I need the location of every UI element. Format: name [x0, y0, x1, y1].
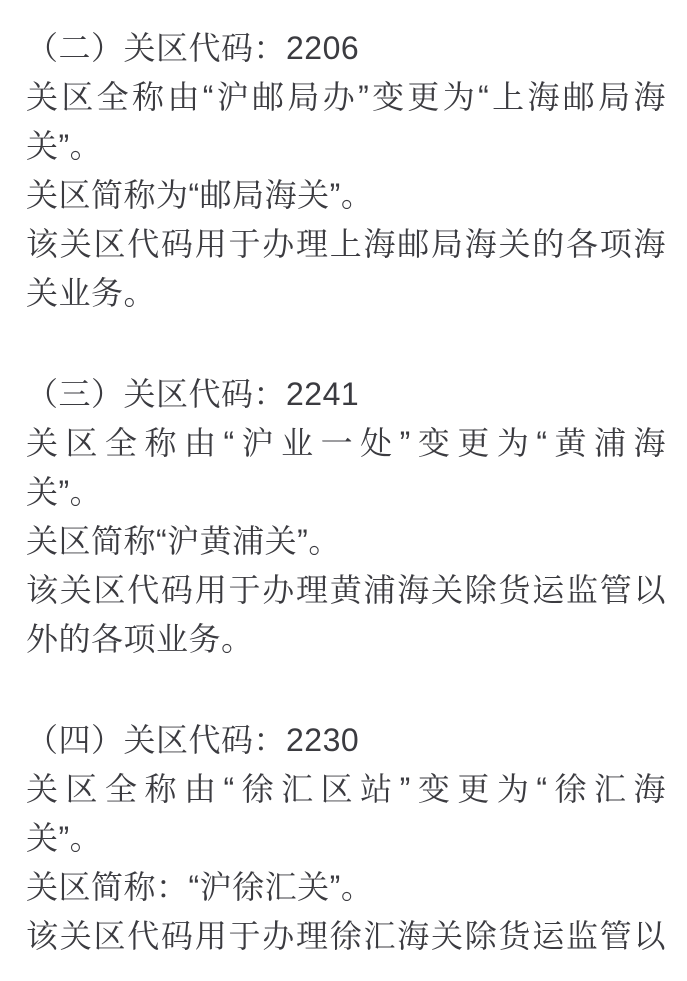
text-line: 外的各项业务。 [26, 615, 666, 664]
document-page: （二）关区代码：2206 关区全称由“沪邮局办”变更为“上海邮局海 关”。 关区… [0, 0, 687, 981]
text-line: 该关区代码用于办理徐汇海关除货运监管以 [26, 912, 666, 961]
section-heading: （四）关区代码：2230 [26, 716, 666, 765]
text-line: 关区简称：“沪徐汇关”。 [26, 863, 666, 912]
text-line: 该关区代码用于办理黄浦海关除货运监管以 [26, 566, 666, 615]
text-line: 关区全称由“沪邮局办”变更为“上海邮局海 [26, 73, 666, 122]
text-line: 关区简称为“邮局海关”。 [26, 171, 666, 220]
section-heading: （二）关区代码：2206 [26, 24, 666, 73]
section-code-2230: （四）关区代码：2230 关区全称由“徐汇区站”变更为“徐汇海 关”。 关区简称… [26, 716, 666, 961]
section-code-2241: （三）关区代码：2241 关区全称由“沪业一处”变更为“黄浦海 关”。 关区简称… [26, 370, 666, 664]
text-line: 关”。 [26, 814, 666, 863]
section-code-2206: （二）关区代码：2206 关区全称由“沪邮局办”变更为“上海邮局海 关”。 关区… [26, 24, 666, 318]
text-line: 关”。 [26, 122, 666, 171]
text-line: 关业务。 [26, 269, 666, 318]
text-line: 关”。 [26, 468, 666, 517]
text-line: 关区全称由“沪业一处”变更为“黄浦海 [26, 419, 666, 468]
section-heading: （三）关区代码：2241 [26, 370, 666, 419]
text-line: 该关区代码用于办理上海邮局海关的各项海 [26, 220, 666, 269]
text-line: 关区简称“沪黄浦关”。 [26, 517, 666, 566]
text-line: 关区全称由“徐汇区站”变更为“徐汇海 [26, 765, 666, 814]
